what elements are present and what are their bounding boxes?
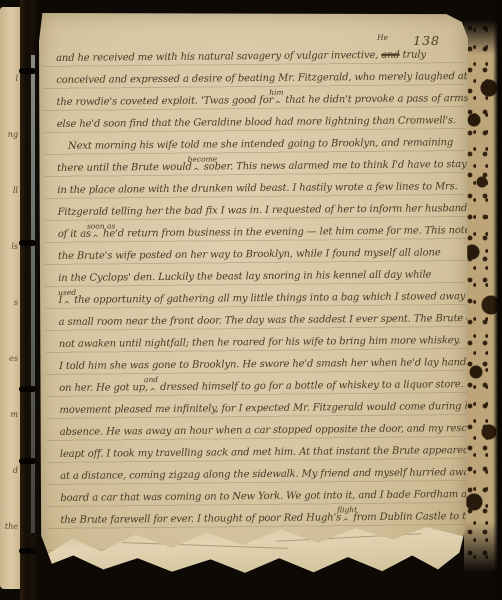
binding-stitch <box>19 386 36 392</box>
marbled-cover-edge <box>464 0 502 600</box>
handwriting-text: the opportunity of gathering all my litt… <box>71 291 489 306</box>
left-page-text-fragment: l <box>15 75 18 83</box>
handwriting-text: conceived and expressed a desire of beat… <box>56 71 467 86</box>
handwriting-text: Fitzgerald telling her the bad fix I was… <box>58 203 468 218</box>
handwriting-text: there until the Brute would <box>57 162 192 174</box>
binding-stitch <box>19 548 36 554</box>
handwriting-text: else he'd soon find that the Geraldine b… <box>57 115 456 130</box>
handwriting-text: the Brute farewell for ever. I thought o… <box>60 512 341 526</box>
left-page-text-fragment: ng <box>8 131 18 139</box>
left-page-text-fragment: ll <box>13 187 18 195</box>
handwriting-text: a small room near the front door. The da… <box>59 313 482 328</box>
handwriting-line: the Brute farewell for ever. I thought o… <box>60 506 464 532</box>
handwriting-text: the rowdie's coveted exploit. 'Twas good… <box>56 95 273 108</box>
left-page-text-fragment: the <box>5 523 18 531</box>
binding-stitch <box>19 240 36 246</box>
handwriting-text: I told him she was gone to Brooklyn. He … <box>59 357 471 372</box>
handwriting-text: board a car that was coming on to New Yo… <box>60 489 479 504</box>
inserted-word: become^ <box>192 157 201 183</box>
left-page-text-fragment: ls <box>11 243 18 251</box>
handwriting-text: in the place alone with the drunken wild… <box>57 181 457 196</box>
inserted-word: used^ <box>62 290 71 316</box>
inserted-word: soon as^ <box>91 224 100 250</box>
handwriting-text: not awaken until nightfall; then he roar… <box>59 335 461 350</box>
handwriting-text: and he received me with his natural sava… <box>56 50 381 64</box>
paper-crease <box>123 542 289 549</box>
binding-stitch <box>19 458 36 464</box>
handwriting-text: truly <box>400 49 426 60</box>
binding-gutter <box>20 0 39 600</box>
handwriting-block: and he received me with his natural sava… <box>56 44 465 532</box>
handwriting-text: in the Cyclops' den. Luckily the beast l… <box>58 269 431 284</box>
struck-word: andHe <box>381 50 399 61</box>
handwriting-text: the Brute's wife posted on her way to Br… <box>58 247 441 262</box>
handwriting-text: absence. He was away an hour when a car … <box>60 423 484 438</box>
left-page-text-fragment: es <box>9 355 18 363</box>
handwriting-text: sober. This news alarmed me to think I'd… <box>201 159 467 173</box>
left-page-text-fragment: s <box>14 299 18 307</box>
handwriting-text: that he didn't provoke a pass of arms, <box>282 93 471 106</box>
handwriting-text: he'd return from business in the evening… <box>100 225 471 240</box>
inserted-word: flight^ <box>341 507 350 533</box>
binding-stitch <box>19 68 36 74</box>
handwriting-text: from Dublin Castle to the <box>350 511 478 523</box>
handwriting-text: leapt off. I took my travelling sack and… <box>60 445 473 460</box>
handwriting-text: on her. He got up, <box>59 382 148 394</box>
handwriting-text: movement pleased me infinitely, for I ex… <box>59 401 478 416</box>
handwriting-text: at a distance, coming zigzag along the s… <box>60 467 488 482</box>
journal-page: 138 and he received me with his natural … <box>39 13 468 575</box>
handwriting-text: Next morning his wife told me she intend… <box>68 137 453 152</box>
inserted-word: and^ <box>148 377 157 403</box>
handwriting-text: dressed himself to go for a bottle of wh… <box>157 379 483 393</box>
left-page-text-fragment: d <box>13 467 18 475</box>
inserted-word: him^ <box>273 90 282 116</box>
left-page-text-fragment: m <box>10 411 18 419</box>
facing-page-edge: lnglllssesmdthe <box>0 7 20 589</box>
open-journal-photo: lnglllssesmdthe 138 and he received me w… <box>0 0 502 600</box>
